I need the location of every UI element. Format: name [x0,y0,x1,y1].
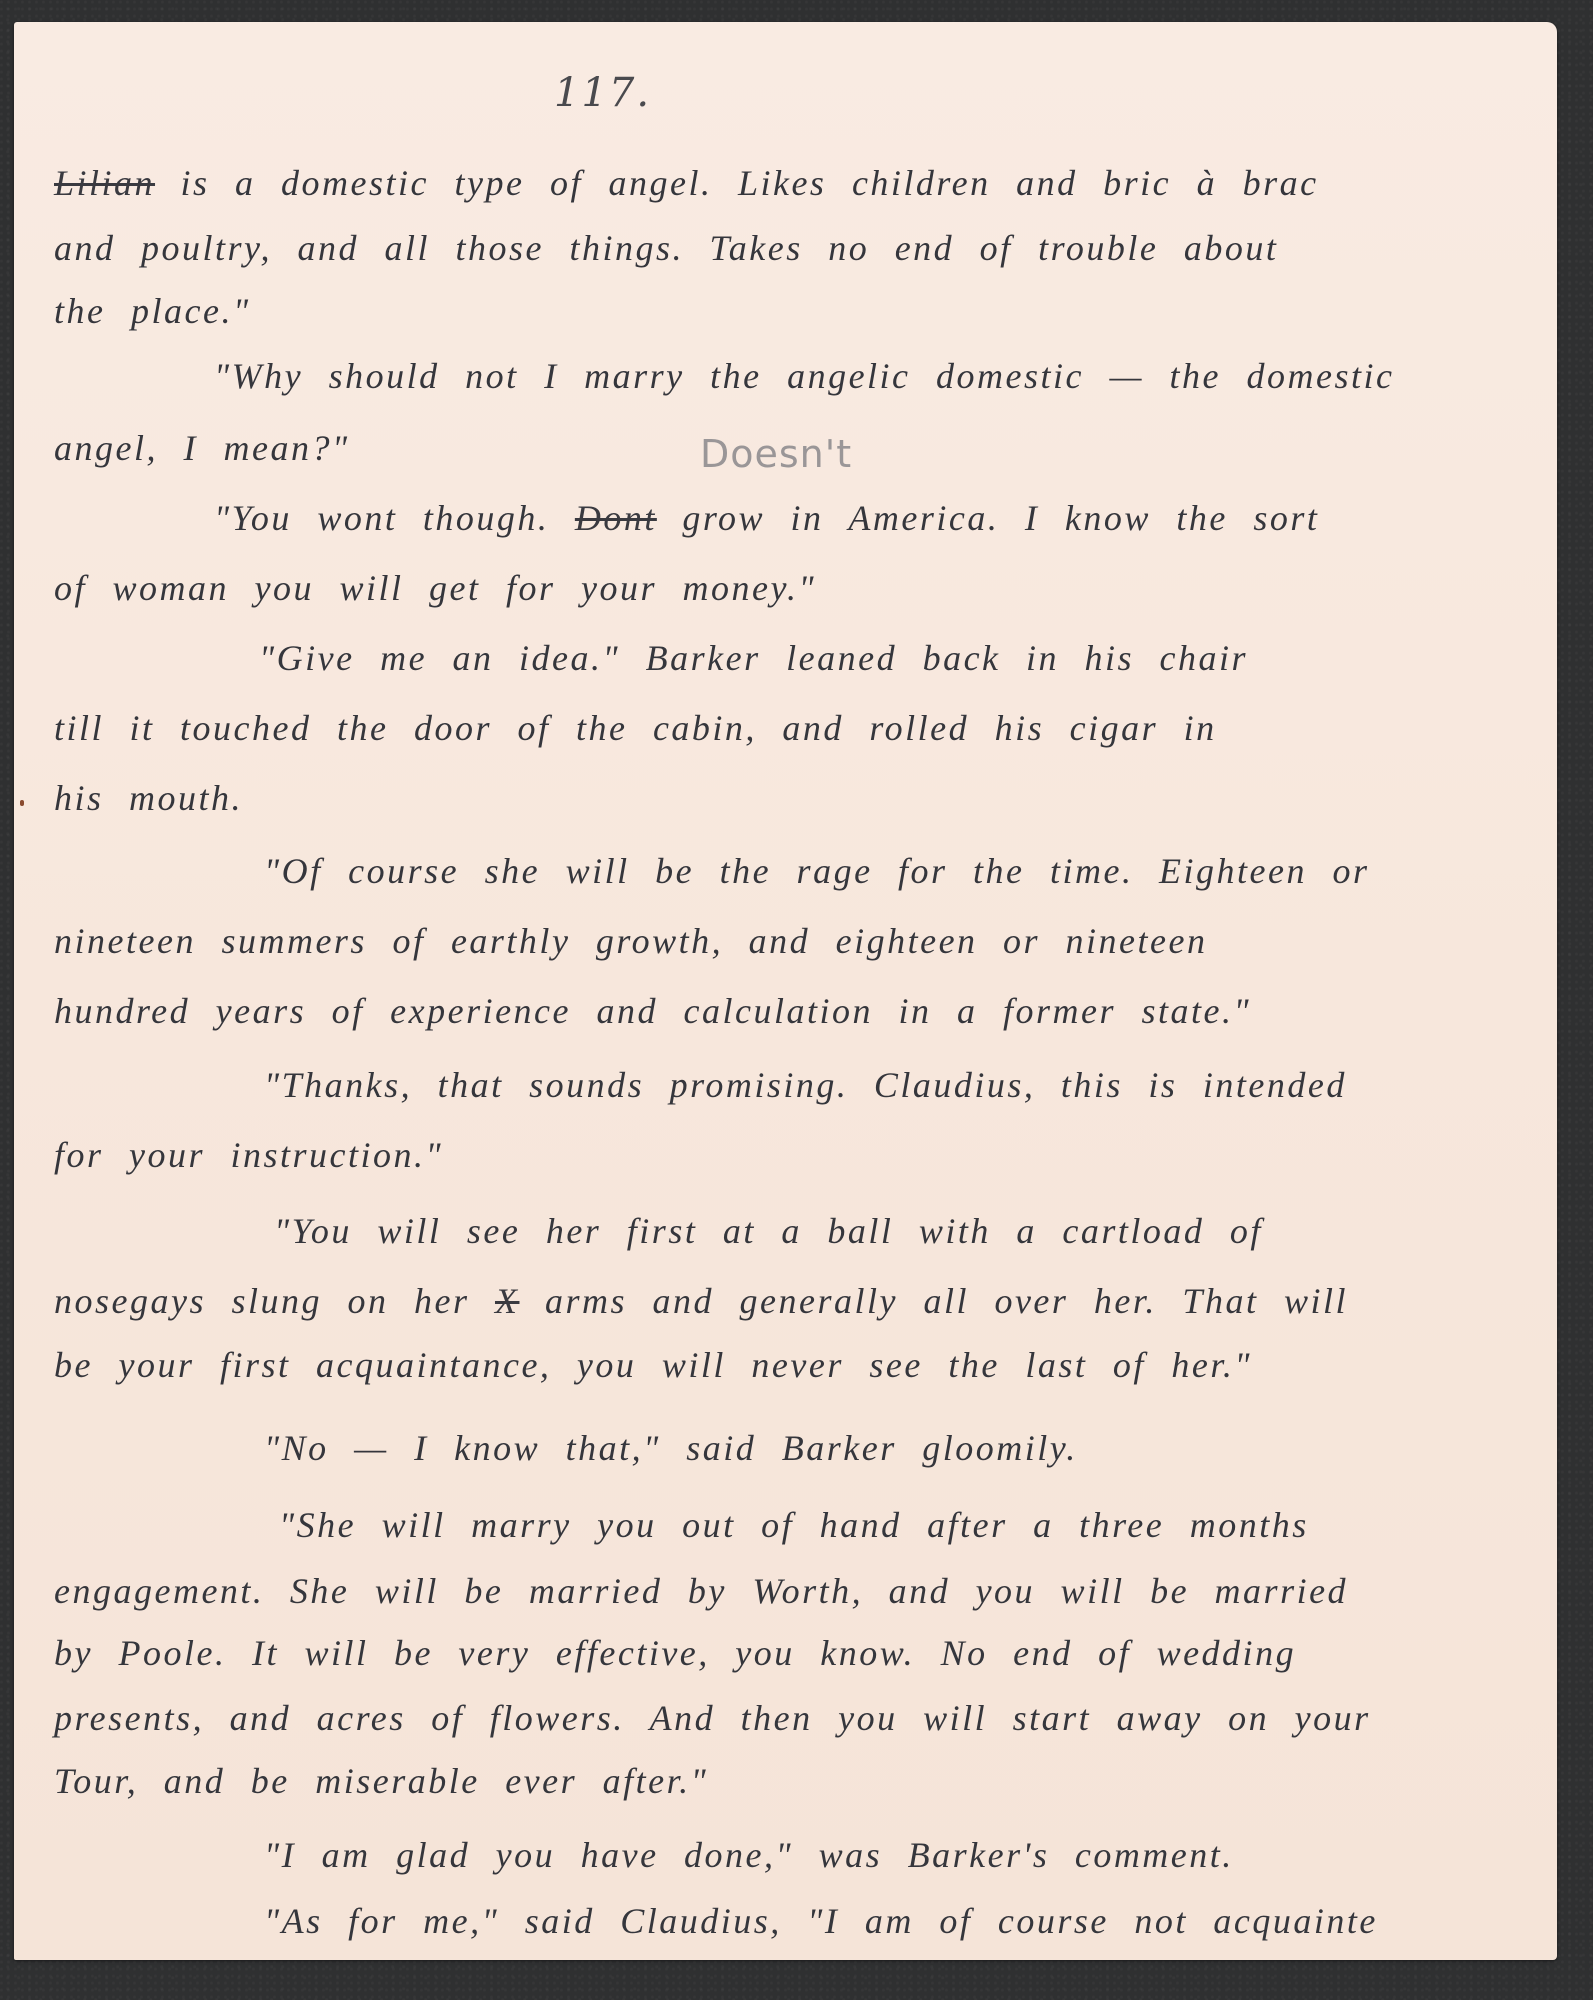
line-text: arms and generally all over her. That wi… [519,1281,1347,1321]
manuscript-line: engagement. She will be married by Worth… [54,1570,1348,1612]
manuscript-line: for your instruction." [54,1134,443,1176]
manuscript-line: angel, I mean?" [54,427,350,469]
manuscript-page: 117. Doesn't Lilian is a domestic type o… [14,22,1557,1960]
manuscript-line: by Poole. It will be very effective, you… [54,1632,1296,1674]
interlinear-insertion: Doesn't [700,432,852,476]
manuscript-line: be your first acquaintance, you will nev… [54,1344,1252,1386]
manuscript-line: Tour, and be miserable ever after." [54,1760,708,1802]
manuscript-line: of woman you will get for your money." [54,567,816,609]
manuscript-line: "She will marry you out of hand after a … [279,1504,1309,1546]
manuscript-line: "Give me an idea." Barker leaned back in… [259,637,1248,679]
paper-stain [20,800,24,806]
manuscript-line: "You wont though. Dont grow in America. … [214,497,1319,539]
manuscript-line: "You will see her first at a ball with a… [274,1210,1263,1252]
manuscript-line: Lilian is a domestic type of angel. Like… [54,162,1319,204]
line-text: nosegays slung on her [54,1281,495,1321]
manuscript-line: and poultry, and all those things. Takes… [54,227,1278,269]
manuscript-line: "Thanks, that sounds promising. Claudius… [264,1064,1347,1106]
manuscript-line: "No — I know that," said Barker gloomily… [264,1427,1078,1469]
manuscript-line: the place." [54,290,251,332]
manuscript-line: his mouth. [54,777,243,819]
manuscript-line: nosegays slung on her X arms and general… [54,1280,1348,1322]
manuscript-line: till it touched the door of the cabin, a… [54,707,1217,749]
manuscript-line: hundred years of experience and calculat… [54,990,1251,1032]
line-text: grow in America. I know the sort [657,498,1319,538]
manuscript-line: "I am glad you have done," was Barker's … [264,1834,1234,1876]
manuscript-line: "As for me," said Claudius, "I am of cou… [264,1900,1378,1942]
page-number: 117. [554,70,651,116]
line-text: is a domestic type of angel. Likes child… [155,163,1319,203]
struck-word: Dont [575,498,657,538]
manuscript-line: presents, and acres of flowers. And then… [54,1697,1371,1739]
struck-word: Lilian [54,163,155,203]
manuscript-line: nineteen summers of earthly growth, and … [54,920,1208,962]
struck-mark: X [495,1281,520,1321]
line-text: "You wont though. [214,498,575,538]
manuscript-line: "Of course she will be the rage for the … [264,850,1369,892]
manuscript-line: "Why should not I marry the angelic dome… [214,355,1394,397]
